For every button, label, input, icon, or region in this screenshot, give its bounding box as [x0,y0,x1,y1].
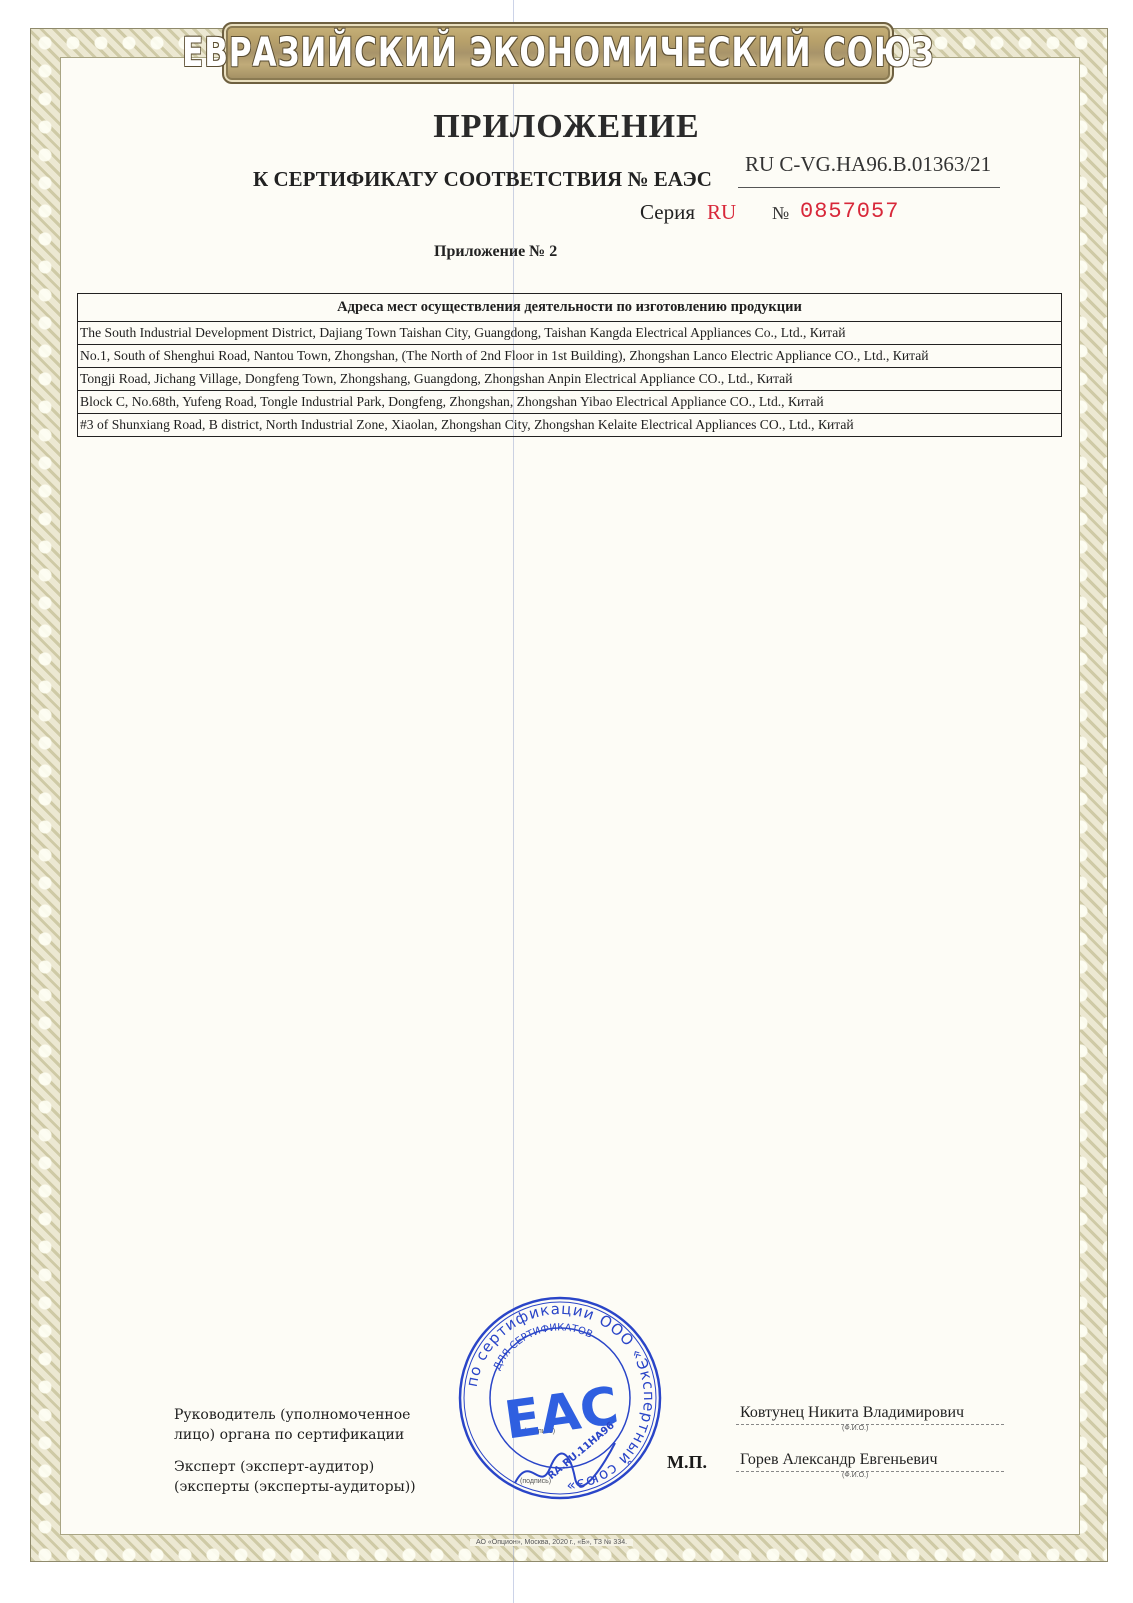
fio-hint: (Ф.И.О.) [842,1472,868,1479]
expert-label-line2: (эксперты (эксперты-аудиторы)) [174,1477,416,1497]
table-row: No.1, South of Shenghui Road, Nantou Tow… [78,345,1062,368]
table-row: Block C, No.68th, Yufeng Road, Tongle In… [78,391,1062,414]
table-row: #3 of Shunxiang Road, B district, North … [78,414,1062,437]
head-label-line2: лицо) органа по сертификации [174,1425,410,1445]
table-header: Адреса мест осуществления деятельности п… [78,294,1062,322]
address-cell: No.1, South of Shenghui Road, Nantou Tow… [78,345,1062,368]
address-cell: Tongji Road, Jichang Village, Dongfeng T… [78,368,1062,391]
series-value: RU [707,200,736,225]
fio-hint: (Ф.И.О.) [842,1425,868,1432]
banner-title: ЕВРАЗИЙСКИЙ ЭКОНОМИЧЕСКИЙ СОЮЗ [182,30,934,76]
certification-stamp-icon: по сертификации ООО «Экспертный союз» ДЛ… [455,1293,665,1503]
head-label: Руководитель (уполномоченное лицо) орган… [174,1405,410,1445]
expert-name: Горев Александр Евгеньевич [740,1451,938,1469]
certificate-subtitle: К СЕРТИФИКАТУ СООТВЕТСТВИЯ № ЕАЭС [253,167,712,192]
addresses-table: Адреса мест осуществления деятельности п… [77,293,1062,437]
table-row: The South Industrial Development Distric… [78,322,1062,345]
head-label-line1: Руководитель (уполномоченное [174,1405,410,1425]
number-sign: № [772,203,789,224]
expert-label: Эксперт (эксперт-аудитор) (эксперты (экс… [174,1457,416,1497]
address-cell: #3 of Shunxiang Road, B district, North … [78,414,1062,437]
head-name: Ковтунец Никита Владимирович [740,1404,964,1422]
certificate-number: RU C-VG.HA96.B.01363/21 [745,152,991,177]
address-cell: Block C, No.68th, Yufeng Road, Tongle In… [78,391,1062,414]
expert-label-line1: Эксперт (эксперт-аудитор) [174,1457,416,1477]
expert-name-underline [736,1471,1004,1472]
seal-mark: М.П. [667,1452,707,1473]
table-row: Tongji Road, Jichang Village, Dongfeng T… [78,368,1062,391]
address-cell: The South Industrial Development Distric… [78,322,1062,345]
printer-imprint: АО «Опцион», Москва, 2020 г., «Б», ТЗ № … [470,1539,633,1546]
eaeu-banner: ЕВРАЗИЙСКИЙ ЭКОНОМИЧЕСКИЙ СОЮЗ [222,22,894,84]
svg-text:ЕАС: ЕАС [501,1376,622,1451]
certificate-number-underline [738,187,1000,188]
head-name-underline [736,1424,1004,1425]
series-label: Серия [640,200,695,225]
appendix-number: Приложение № 2 [434,243,557,261]
document-title: ПРИЛОЖЕНИЕ [0,108,1133,146]
blank-number: 0857057 [800,199,899,224]
